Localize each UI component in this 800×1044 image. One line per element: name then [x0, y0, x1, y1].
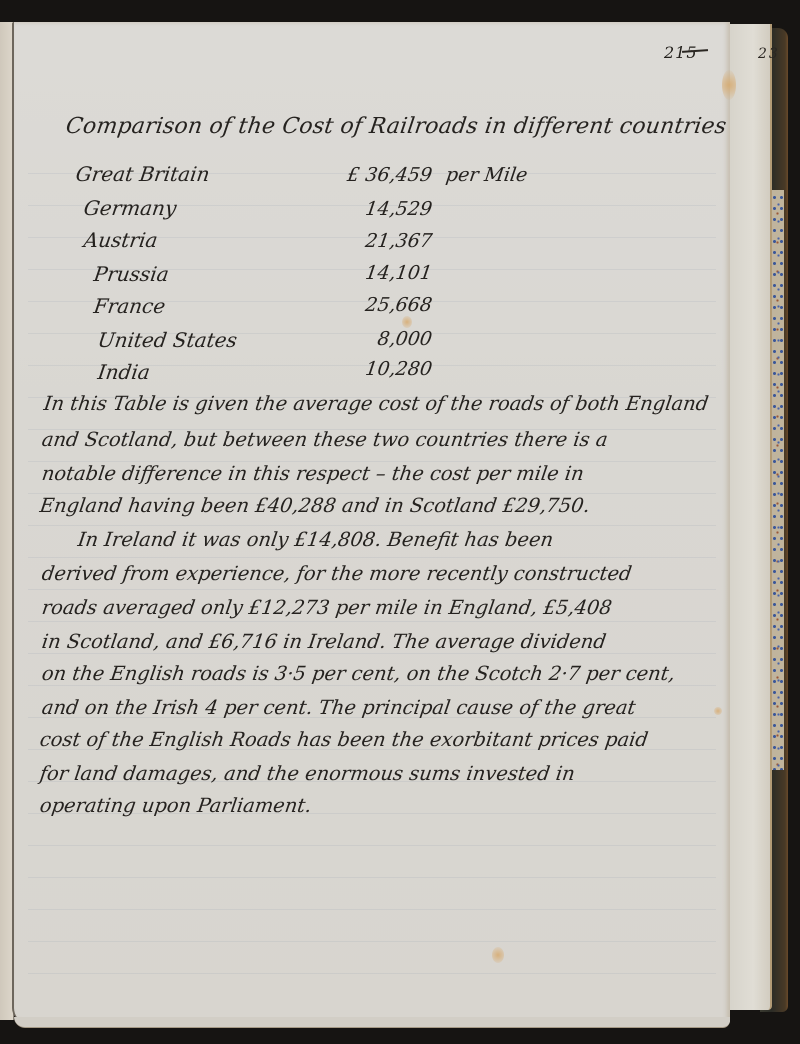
foxing-stain — [402, 316, 412, 328]
paragraph-line: operating upon Parliament. — [38, 794, 313, 817]
foxing-stain — [722, 70, 736, 100]
cost-amount: 14,529 — [330, 198, 433, 220]
foxing-stain — [714, 707, 722, 715]
paragraph-line: and on the Irish 4 per cent. The princip… — [40, 696, 637, 719]
country-name: Prussia — [92, 262, 170, 286]
paragraph-line: derived from experience, for the more re… — [40, 562, 633, 585]
folio-number: 215 — [664, 43, 698, 62]
paragraph-line: cost of the English Roads has been the e… — [38, 728, 649, 751]
cost-amount: 8,000 — [330, 328, 433, 350]
cost-amount: 25,668 — [330, 294, 433, 316]
speckled-fore-edge — [770, 190, 784, 770]
country-name: Great Britain — [74, 162, 211, 186]
paragraph-line: and Scotland, but between these two coun… — [40, 428, 609, 451]
paragraph-line: England having been £40,288 and in Scotl… — [38, 494, 591, 517]
foxing-stain — [492, 947, 504, 963]
paragraph-line: on the English roads is 3·5 per cent, on… — [40, 662, 676, 685]
manuscript-page: 215 Comparison of the Cost of Railroads … — [12, 22, 730, 1022]
paragraph-line: In this Table is given the average cost … — [42, 392, 710, 415]
page-title: Comparison of the Cost of Railroads in d… — [64, 114, 728, 139]
paragraph-line: roads averaged only £12,273 per mile in … — [40, 596, 613, 619]
country-name: Austria — [82, 228, 159, 252]
paragraph-line: in Scotland, and £6,716 in Ireland. The … — [40, 630, 607, 653]
cost-amount: 21,367 — [330, 230, 433, 252]
paragraph-line: notable difference in this respect – the… — [40, 462, 585, 485]
country-name: India — [96, 360, 151, 384]
country-name: United States — [96, 328, 238, 352]
country-name: Germany — [82, 196, 178, 220]
underlying-leaf: 23 — [726, 24, 772, 1010]
country-name: France — [92, 294, 167, 318]
underlying-page-number: 23 — [758, 46, 780, 62]
manuscript-scan: 23 215 Comparison of the Cost of Railroa… — [0, 0, 800, 1044]
paragraph-line: for land damages, and the enormous sums … — [38, 762, 576, 785]
paragraph-line: In Ireland it was only £14,808. Benefit … — [76, 528, 554, 551]
cost-unit: per Mile — [444, 164, 528, 186]
cost-amount: 14,101 — [330, 262, 433, 284]
cost-amount: £ 36,459 — [330, 164, 433, 186]
cost-amount: 10,280 — [330, 358, 433, 380]
